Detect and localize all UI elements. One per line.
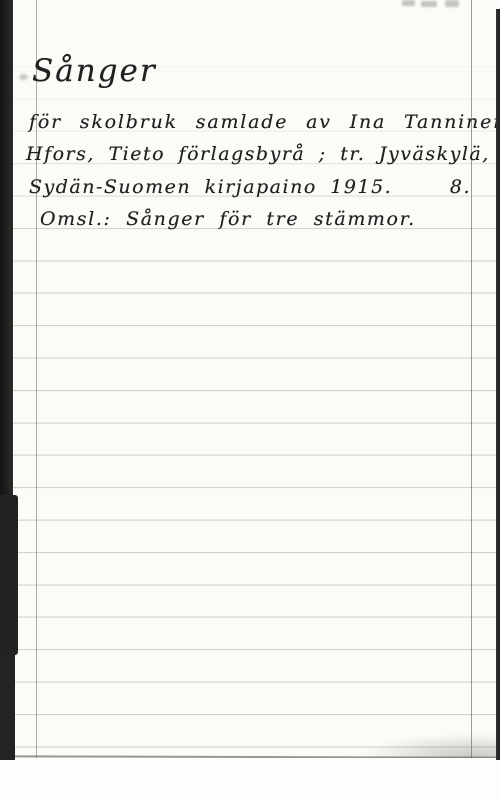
left-scan-edge-lower — [0, 650, 15, 760]
imprint-text: Sydän-Suomen kirjapaino 1915. — [29, 176, 392, 198]
card-title: Sånger — [32, 53, 157, 89]
ink-smudge — [19, 74, 28, 80]
catalog-line-publisher: Hfors, Tieto förlagsbyrå ; tr. Jyväskylä… — [26, 143, 490, 165]
page-bottom-shadow — [360, 733, 500, 759]
scanner-background — [0, 758, 500, 800]
catalog-line-statement: för skolbruk samlade av Ina Tanninen. — [29, 111, 500, 133]
left-scan-edge-bulge — [0, 495, 18, 655]
catalog-line-imprint: Sydän-Suomen kirjapaino 1915. 8. — [29, 176, 471, 198]
scanned-catalog-card: Sånger för skolbruk samlade av Ina Tanni… — [0, 0, 500, 800]
size-designation: 8. — [450, 176, 471, 198]
right-scan-edge — [496, 9, 500, 760]
catalog-line-cover-note: Omsl.: Sånger för tre stämmor. — [40, 208, 416, 230]
